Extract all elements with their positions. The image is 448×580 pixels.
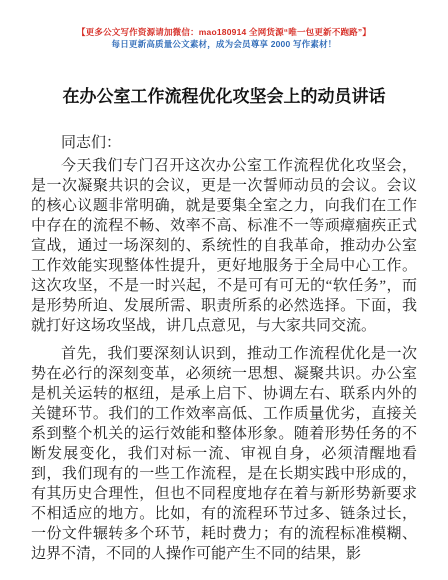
body-paragraph: 今天我们专门召开这次办公室工作流程优化攻坚会，是一次凝聚共识的会议，更是一次誓师… bbox=[31, 156, 417, 336]
promo-line-red: 【更多公文写作资源请加微信：mao180914 全网货源“唯一包更新不跑路”】 bbox=[0, 26, 448, 38]
document-title: 在办公室工作流程优化攻坚会上的动员讲话 bbox=[24, 87, 424, 107]
body-paragraph: 首先，我们要深刻认识到，推动工作流程优化是一次势在必行的深刻变革，必须统一思想、… bbox=[31, 344, 417, 564]
promo-line-blue: 每日更新高质量公文素材，成为会员尊享 2000 写作素材！ bbox=[0, 38, 448, 50]
document-body: 同志们： 今天我们专门召开这次办公室工作流程优化攻坚会，是一次凝聚共识的会议，更… bbox=[31, 133, 417, 564]
document-page: 【更多公文写作资源请加微信：mao180914 全网货源“唯一包更新不跑路”】 … bbox=[0, 0, 448, 580]
page-number: 1 bbox=[0, 545, 448, 556]
salutation: 同志们： bbox=[31, 133, 417, 153]
promo-header: 【更多公文写作资源请加微信：mao180914 全网货源“唯一包更新不跑路”】 … bbox=[0, 0, 448, 50]
